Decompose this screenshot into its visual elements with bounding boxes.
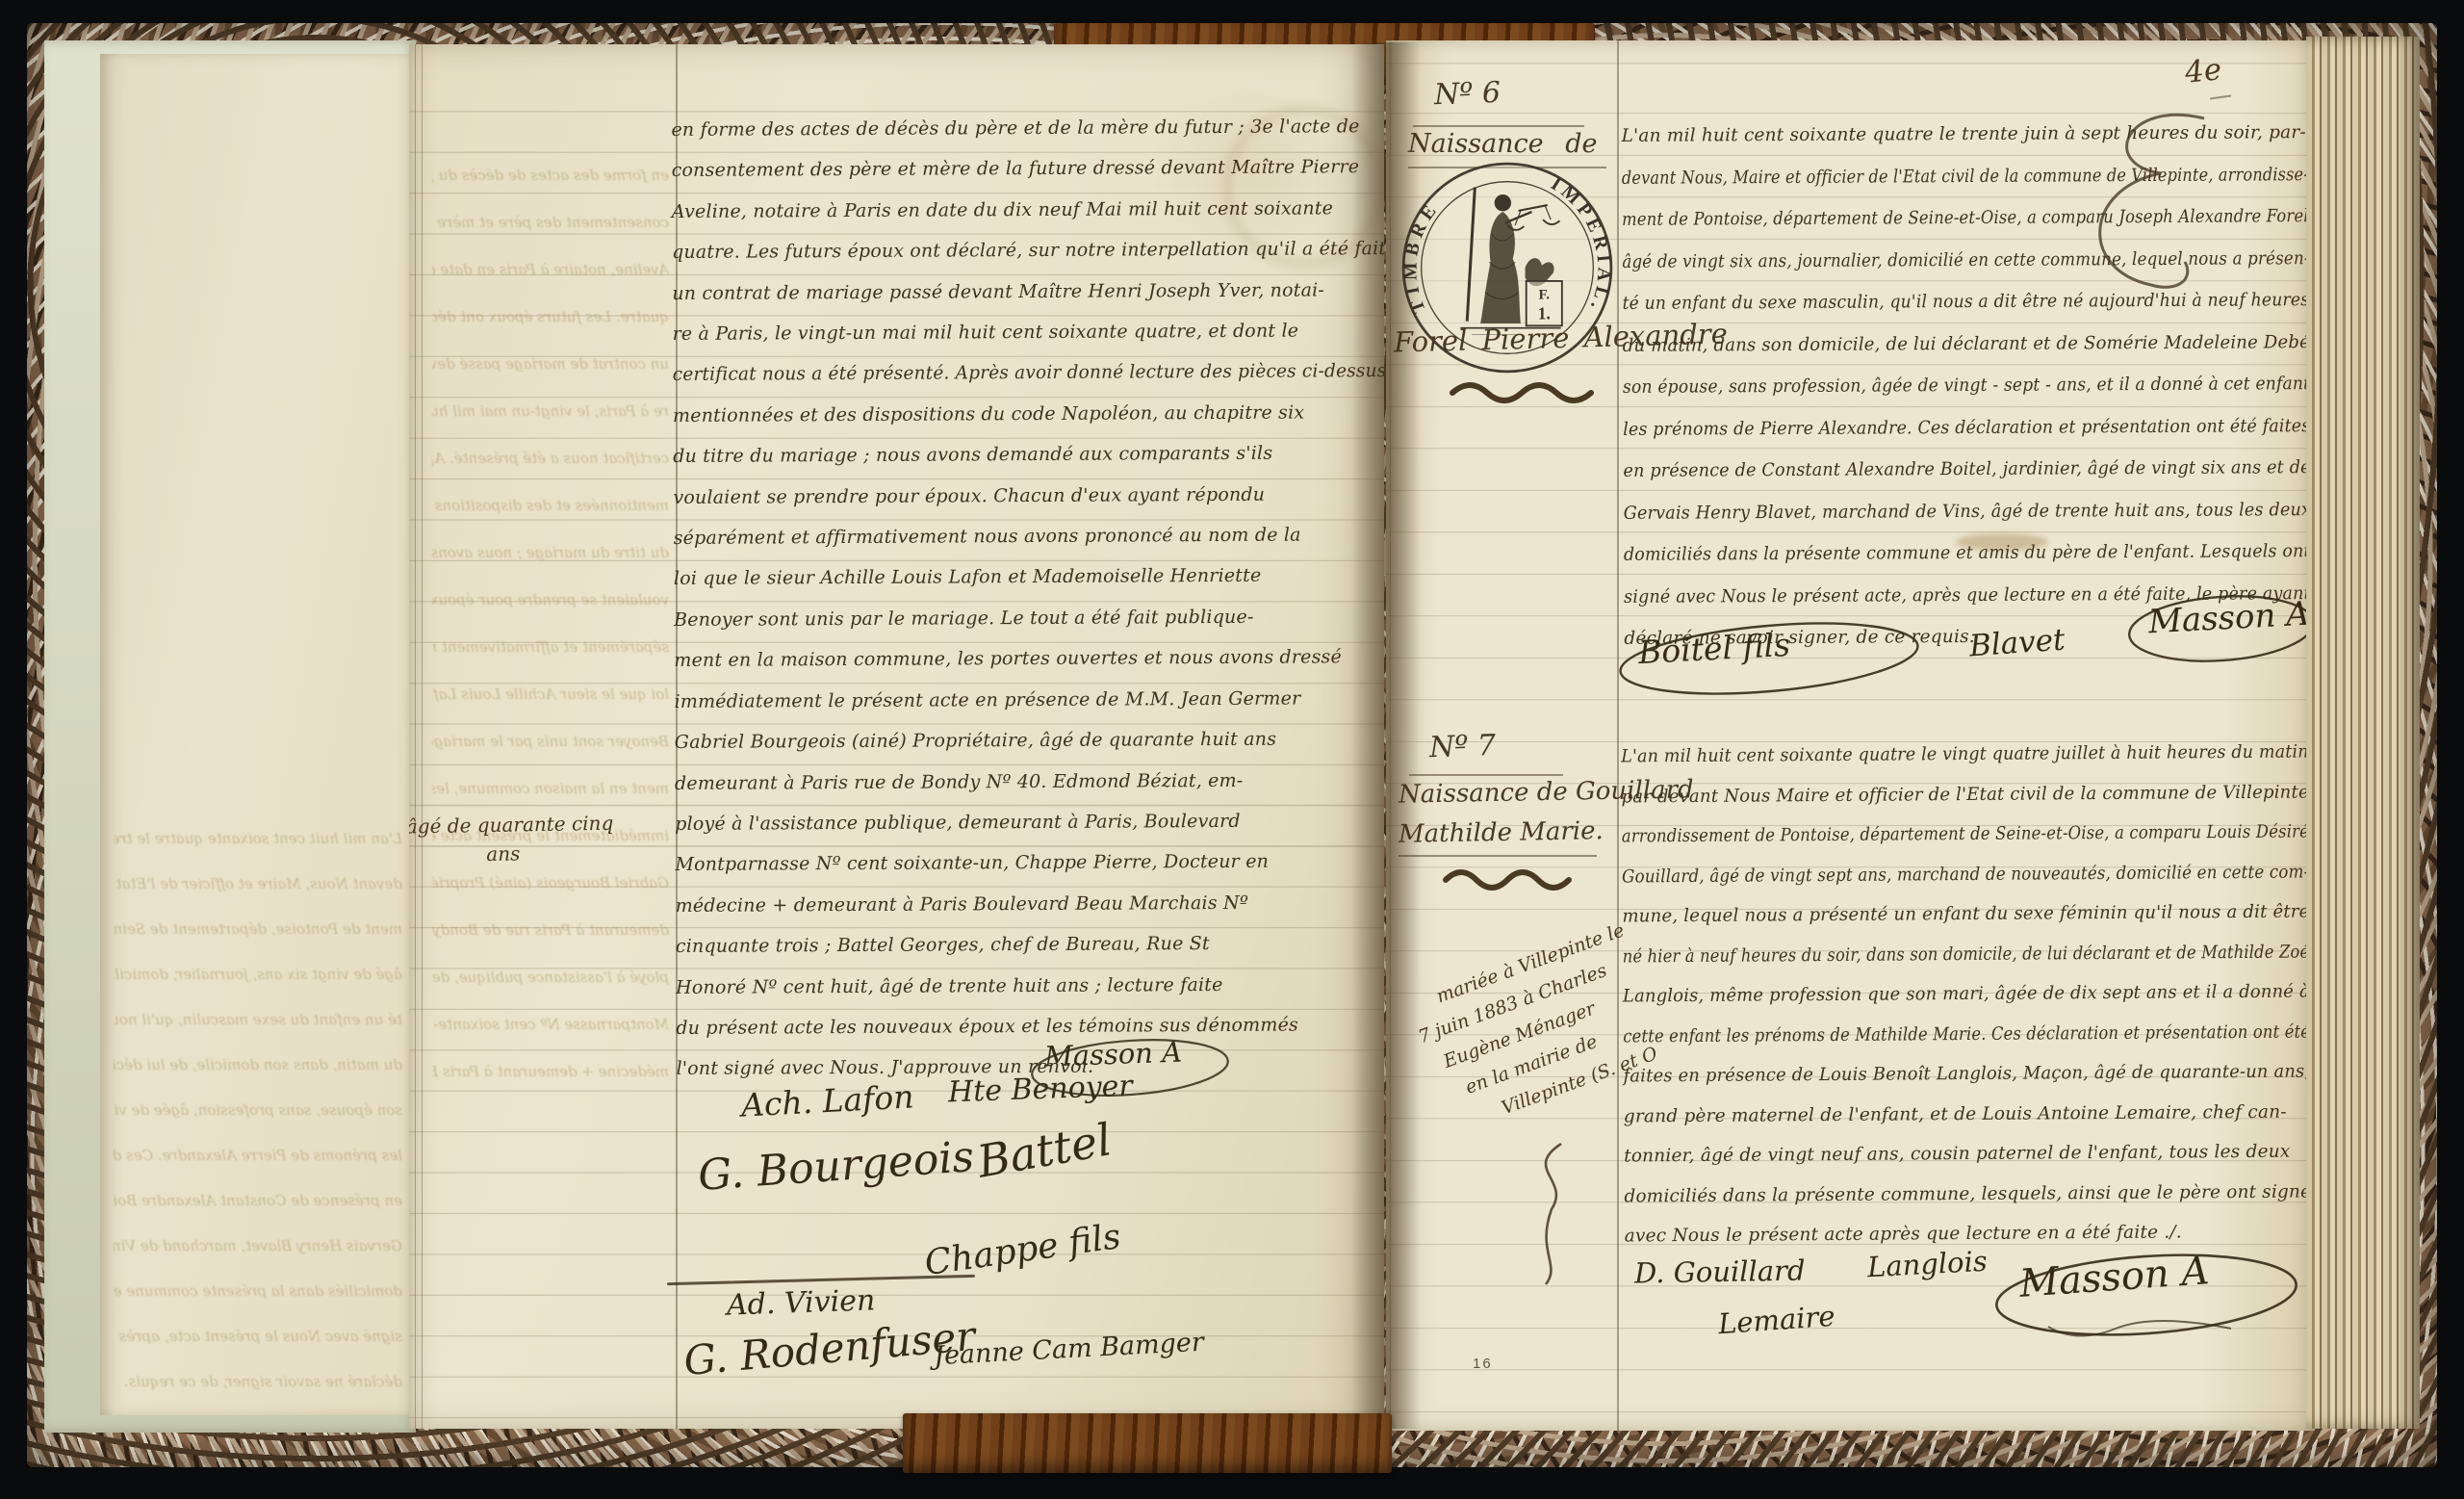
margin-note-paraph — [1501, 1138, 1617, 1292]
manuscript-line: ment en la maison commune, les portes ou… — [674, 636, 1384, 681]
stamp-pedestal-1: 1. — [1538, 303, 1551, 323]
manuscript-line: mentionnées et des dispositions du code … — [432, 482, 669, 530]
manuscript-line: par devant Nous Maire et officier de l'E… — [1621, 772, 2292, 816]
manuscript-line: son épouse, sans profession, âgée de vin… — [1623, 363, 2259, 408]
manuscript-line: Aveline, notaire à Paris en date du dix … — [432, 246, 669, 294]
act1-margin-flourish — [1449, 379, 1603, 402]
act1-margin-title: Naissance de — [1408, 129, 1598, 159]
manuscript-line: voulaient se prendre pour époux. Chacun … — [673, 474, 1384, 518]
signature-bourgeois: G. Bourgeois — [697, 1132, 976, 1201]
manuscript-line: Gabriel Bourgeois (ainé) Propriétaire, â… — [675, 718, 1384, 762]
signature-blavet: Blavet — [1968, 623, 2066, 664]
manuscript-line: médecine + demeurant à Paris Boulevard B… — [432, 1048, 669, 1096]
manuscript-line: ment en la maison commune, les portes ou… — [432, 765, 669, 813]
margin-correction-note: + âgé de quarante cinq ans — [409, 807, 702, 870]
page-edge-line — [1390, 40, 1391, 1431]
manuscript-line: ployé à l'assistance publique, demeurant… — [432, 954, 669, 1001]
manuscript-line: les prénoms de Pierre Alexandre. Ces déc… — [114, 1133, 402, 1178]
manuscript-line: consentement des père et mère de la futu… — [672, 146, 1384, 191]
manuscript-line: re à Paris, le vingt-un mai mil huit cen… — [432, 388, 669, 435]
manuscript-line: voulaient se prendre pour époux. Chacun … — [432, 577, 669, 624]
manuscript-line: domiciliés dans la présente commune et a… — [114, 1269, 402, 1314]
manuscript-line: signé avec Nous le présent acte, après q… — [114, 1314, 402, 1359]
manuscript-line: Gouillard, âgé de vingt sept ans, marcha… — [1622, 853, 2241, 897]
manuscript-line: té un enfant du sexe masculin, qu'il nou… — [114, 997, 402, 1043]
act2-margin-flourish — [1442, 866, 1586, 890]
page-stack-edges — [2306, 37, 2420, 1429]
manuscript-line: domiciliés dans la présente commune et a… — [1624, 530, 2271, 576]
birth-act1-text: L'an mil huit cent soixante quatre le tr… — [1622, 112, 2312, 659]
manuscript-line: Aveline, notaire à Paris en date du dix … — [672, 188, 1384, 232]
manuscript-line: médecine + demeurant à Paris Boulevard B… — [676, 882, 1384, 926]
act2-title-underline — [1399, 855, 1597, 857]
manuscript-line: L'an mil huit cent soixante quatre le tr… — [114, 816, 402, 862]
right-manuscript-page: 4e Nº 6 Naissance de TIMBRE IMPERIAL. — [1386, 40, 2315, 1431]
printed-sheet-number: 16 — [1473, 1356, 1493, 1372]
manuscript-line: mune, lequel nous a présenté un enfant d… — [1622, 892, 2294, 937]
manuscript-line: Benoyer sont unis par le mariage. Le tou… — [432, 718, 669, 765]
act2-number-underline — [1409, 774, 1563, 776]
manuscript-line: Benoyer sont unis par le mariage. Le tou… — [674, 596, 1384, 640]
manuscript-line: grand père maternel de l'enfant, et de L… — [1624, 1092, 2311, 1136]
stamp-pedestal-f: F. — [1538, 287, 1550, 302]
registry-book-photo: L'an mil huit cent soixante quatre le tr… — [0, 0, 2464, 1499]
manuscript-line: âgé de vingt six ans, journalier, domici… — [114, 952, 402, 997]
manuscript-line: du titre du mariage ; nous avons demandé… — [673, 432, 1384, 477]
manuscript-line: devant Nous, Maire et officier de l'Etat… — [1622, 154, 2220, 199]
manuscript-line: né hier à neuf heures du soir, dans son … — [1623, 933, 2229, 977]
left-margin-bleedthrough-text: en forme des actes de décès du père et d… — [432, 152, 669, 1096]
manuscript-line: demeurant à Paris rue de Bondy Nº 40. Ed… — [675, 760, 1384, 804]
signature-gouillard: D. Gouillard — [1634, 1253, 1806, 1289]
manuscript-line: cette enfant les prénoms de Mathilde Mar… — [1623, 1013, 2229, 1057]
manuscript-line: Gervais Henry Blavet, marchand de Vins, … — [1624, 489, 2277, 534]
flyleaf-bleedthrough-text: L'an mil huit cent soixante quatre le tr… — [114, 816, 402, 1394]
marriage-act-text: en forme des actes de décès du père et d… — [671, 106, 1384, 1090]
manuscript-line: du titre du mariage ; nous avons demandé… — [432, 530, 669, 577]
manuscript-line: demeurant à Paris rue de Bondy Nº 40. Ed… — [432, 907, 669, 954]
manuscript-line: ment de Pontoise, département de Seine-e… — [1622, 196, 2231, 242]
signature-masson-left: Masson A — [1043, 1036, 1182, 1073]
manuscript-line: en présence de Constant Alexandre Boitel… — [114, 1178, 402, 1224]
manuscript-line: un contrat de mariage passé devant Maîtr… — [672, 270, 1384, 314]
margin-correction-line: ans — [486, 836, 702, 868]
act2-margin-title-line2: Mathilde Marie. — [1399, 816, 1604, 849]
left-manuscript-page: en forme des actes de décès du père et d… — [409, 44, 1384, 1429]
manuscript-line: certificat nous a été présenté. Après av… — [673, 351, 1369, 396]
act1-number-label: Nº 6 — [1433, 76, 1501, 112]
signature-vivien: Ad. Vivien — [726, 1283, 875, 1322]
manuscript-line: mentionnées et des dispositions du code … — [673, 392, 1384, 436]
manuscript-line: cinquante trois ; Battel Georges, chef d… — [676, 922, 1384, 967]
manuscript-line: L'an mil huit cent soixante quatre le vi… — [1621, 733, 2271, 777]
manuscript-line: ployé à l'assistance publique, demeurant… — [675, 800, 1384, 844]
manuscript-line: du matin, dans son domicile, de lui décl… — [114, 1043, 402, 1088]
signature-benoyer: Hte Benoyer — [947, 1070, 1133, 1110]
manuscript-line: loi que le sieur Achille Louis Lafon et … — [674, 556, 1384, 600]
manuscript-line: en présence de Constant Alexandre Boitel… — [1623, 447, 2275, 492]
manuscript-line: re à Paris, le vingt-un mai mil huit cen… — [672, 310, 1384, 354]
signature-lemaire: Lemaire — [1717, 1300, 1836, 1340]
signature-boitel: Boitel fils — [1637, 626, 1791, 671]
manuscript-line: âgé de vingt six ans, journalier, domici… — [1622, 238, 2241, 283]
manuscript-line: certificat nous a été présenté. Après av… — [432, 435, 669, 482]
act1-number-underline — [1413, 125, 1584, 127]
manuscript-line: té un enfant du sexe masculin, qu'il nou… — [1622, 279, 2260, 324]
manuscript-line: son épouse, sans profession, âgée de vin… — [114, 1088, 402, 1133]
manuscript-line: domiciliés dans la présente commune, les… — [1624, 1172, 2308, 1216]
manuscript-line: ment de Pontoise, département de Seine-e… — [114, 907, 402, 952]
manuscript-line: les prénoms de Pierre Alexandre. Ces déc… — [1623, 405, 2269, 451]
act2-number-label: Nº 7 — [1428, 729, 1496, 764]
manuscript-line: tonnier, âgé de vingt neuf ans, cousin p… — [1624, 1132, 2311, 1176]
manuscript-line: immédiatement le présent acte en présenc… — [674, 678, 1384, 722]
signature-lafon: Ach. Lafon — [740, 1077, 914, 1124]
manuscript-line: Honoré Nº cent huit, âgé de trente huit … — [676, 964, 1384, 1008]
flyleaf-page: L'an mil huit cent soixante quatre le tr… — [100, 54, 414, 1415]
signature-battel: Battel — [973, 1113, 1115, 1188]
manuscript-line: Langlois, même profession que son mari, … — [1623, 972, 2288, 1017]
manuscript-line: séparément et affirmativement nous avons… — [432, 624, 669, 671]
manuscript-line: en forme des actes de décès du père et d… — [432, 152, 669, 199]
manuscript-line: consentement des père et mère de la futu… — [432, 199, 669, 246]
wooden-cradle-bar-bottom — [903, 1413, 1392, 1473]
manuscript-line: Gervais Henry Blavet, marchand de Vins, … — [114, 1224, 402, 1269]
folio-number-underline — [2210, 94, 2231, 99]
birth-act2-text: L'an mil huit cent soixante quatre le vi… — [1621, 733, 2312, 1256]
manuscript-line: Montparnasse Nº cent soixante-un, Chappe… — [675, 840, 1384, 885]
manuscript-line: L'an mil huit cent soixante quatre le tr… — [1622, 112, 2309, 157]
manuscript-line: loi que le sieur Achille Louis Lafon et … — [432, 671, 669, 718]
manuscript-line: quatre. Les futurs époux ont déclaré, su… — [432, 294, 669, 341]
signature-langlois: Langlois — [1866, 1245, 1988, 1283]
manuscript-line: du matin, dans son domicile, de lui décl… — [1623, 322, 2293, 367]
manuscript-line: en forme des actes de décès du père et d… — [671, 106, 1384, 150]
manuscript-line: Montparnasse Nº cent soixante-un, Chappe… — [432, 1001, 669, 1048]
manuscript-line: faites en présence de Louis Benoît Langl… — [1623, 1052, 2287, 1097]
manuscript-line: quatre. Les futurs époux ont déclaré, su… — [672, 228, 1383, 272]
signature-chappe: Chappe fils — [922, 1217, 1123, 1283]
manuscript-line: devant Nous, Maire et officier de l'Etat… — [114, 862, 402, 907]
manuscript-line: un contrat de mariage passé devant Maîtr… — [432, 341, 669, 388]
folio-number: 4e — [2183, 52, 2223, 90]
manuscript-line: séparément et affirmativement nous avons… — [674, 514, 1384, 558]
page-edge-line — [415, 44, 416, 1429]
manuscript-line: déclaré ne savoir signer, de ce requis. — [114, 1359, 402, 1394]
manuscript-line: arrondissement de Pontoise, département … — [1622, 813, 2232, 857]
page-edge-line — [422, 44, 423, 1429]
